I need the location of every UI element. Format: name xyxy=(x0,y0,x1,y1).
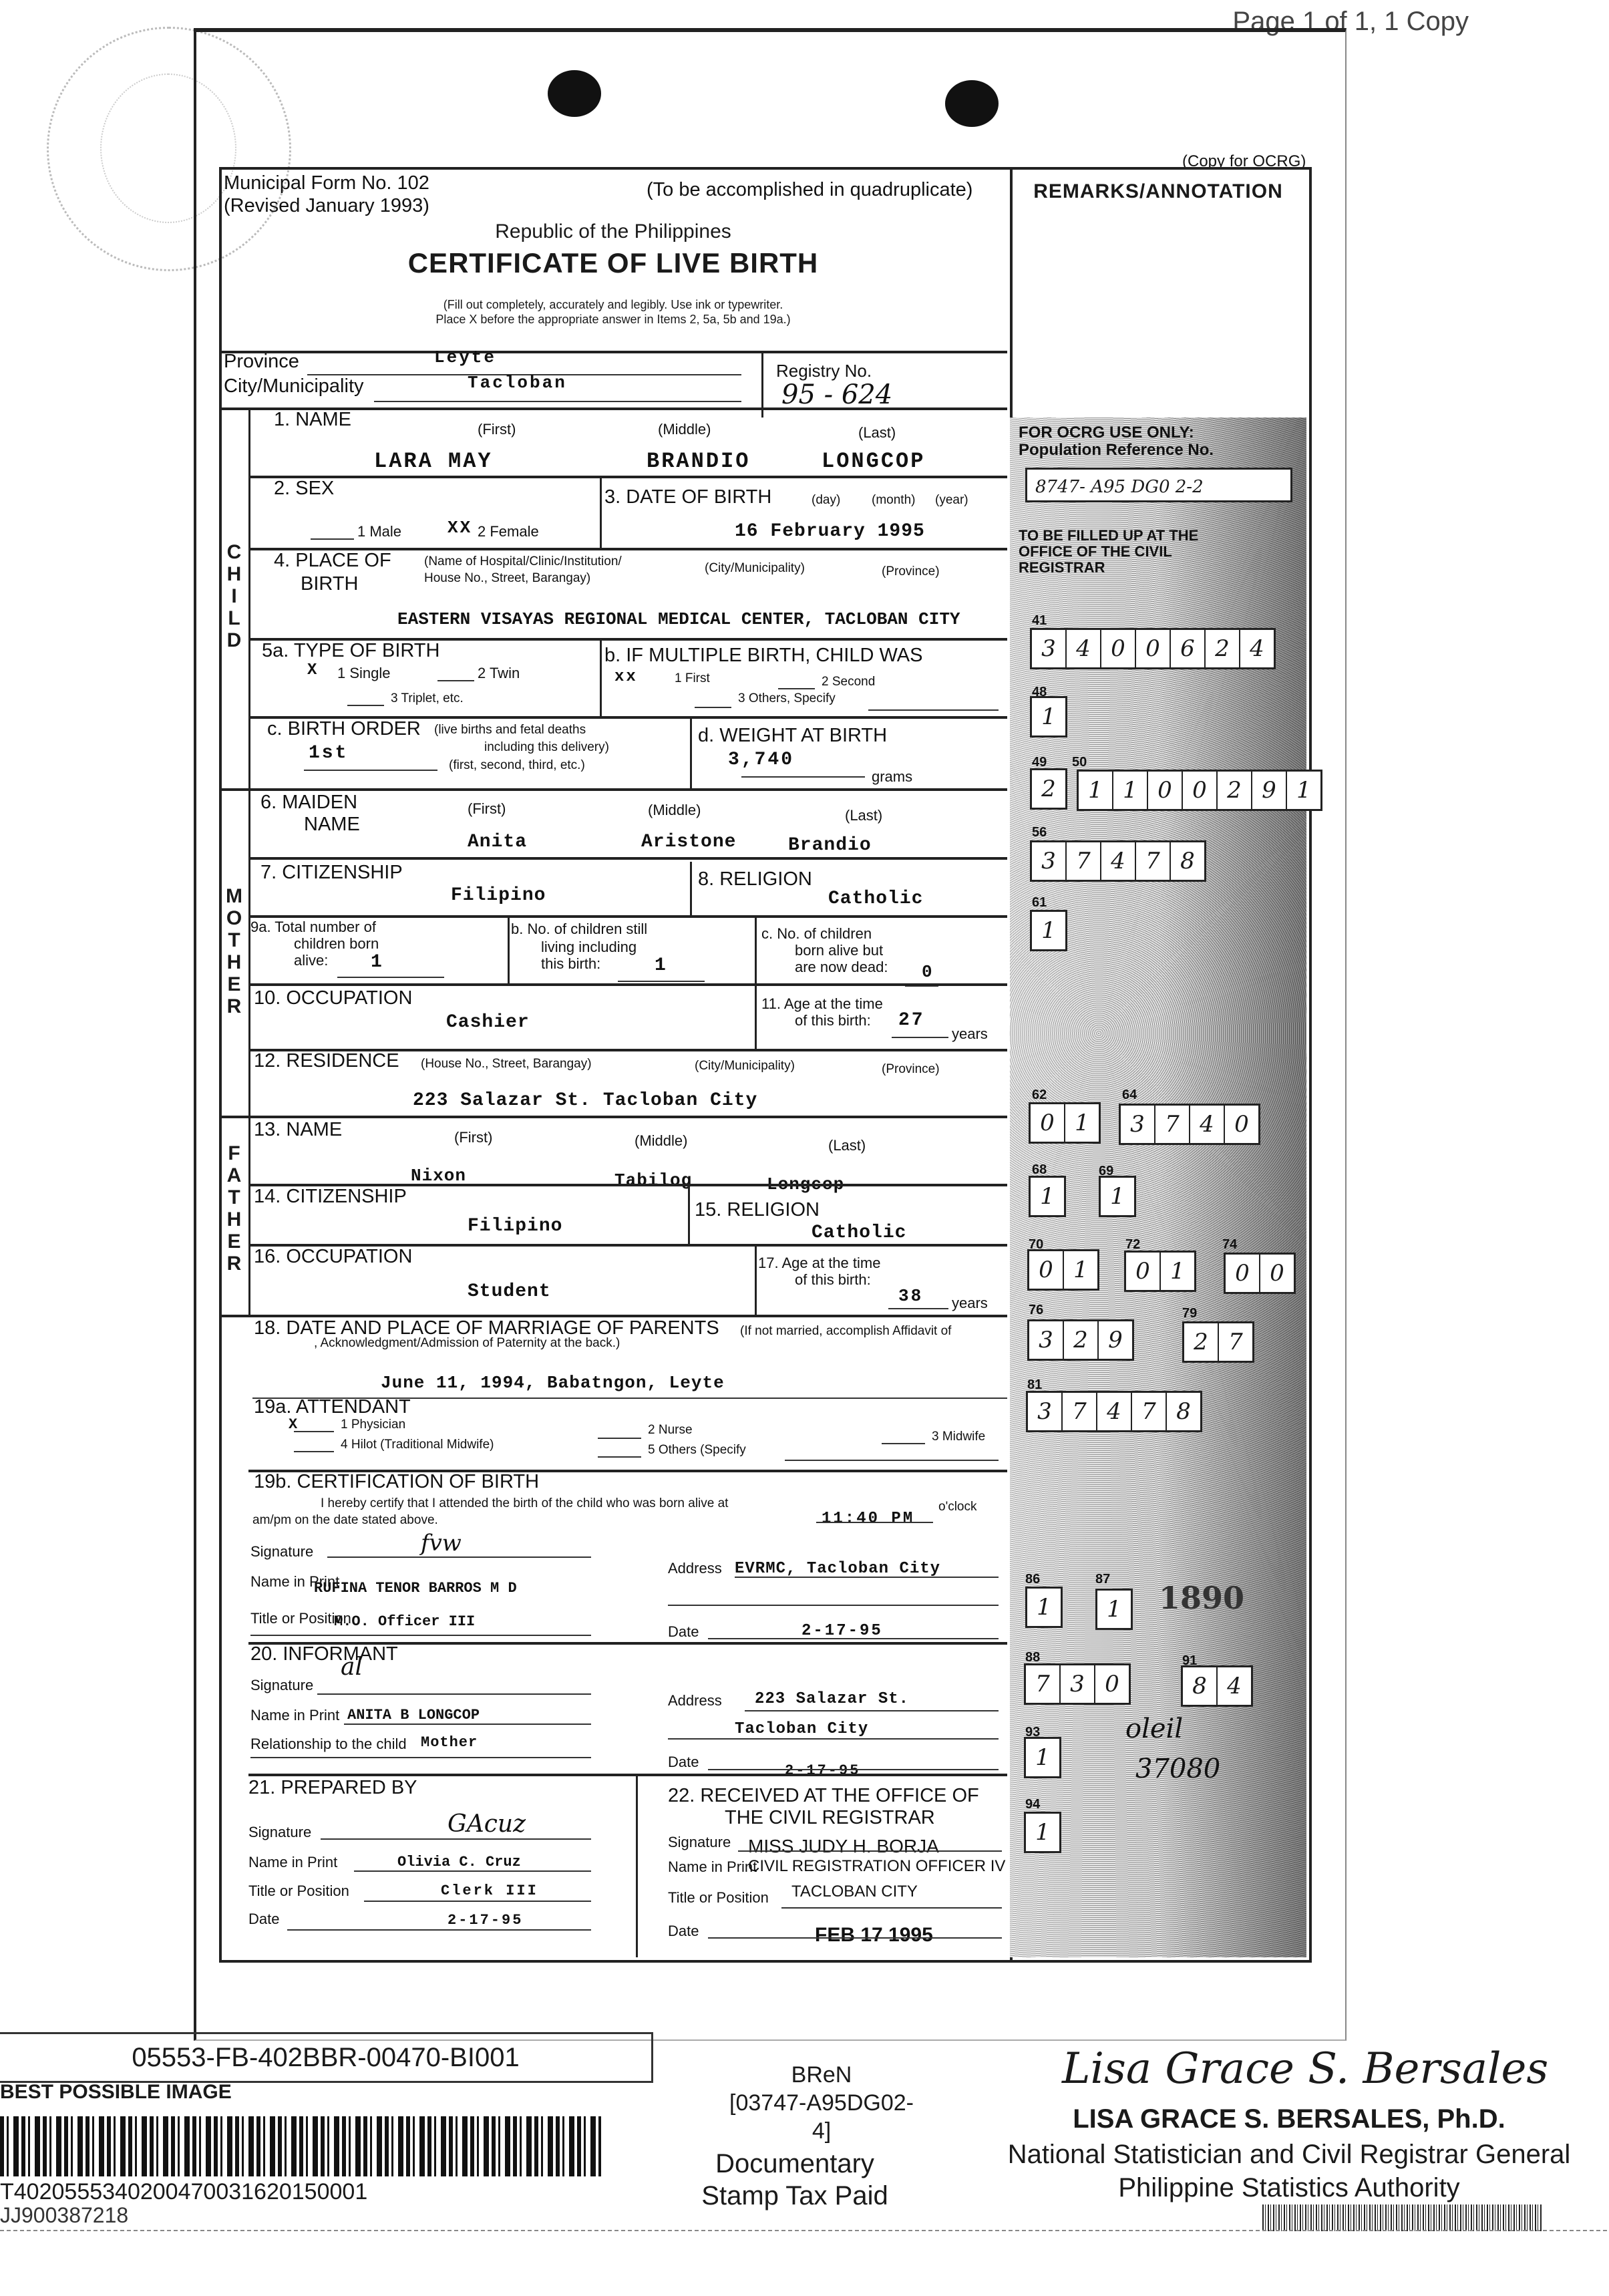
received-date-value[interactable]: FEB 17 1995 xyxy=(815,1924,933,1947)
divider xyxy=(600,476,602,549)
code-box-88[interactable]: 730 xyxy=(1024,1663,1131,1705)
section-label-child: CHILD xyxy=(226,541,246,651)
father-citizenship-label: 14. CITIZENSHIP xyxy=(254,1186,407,1208)
divider xyxy=(248,983,1007,986)
received-title-label: Title or Position xyxy=(668,1889,769,1907)
code-box-49[interactable]: 2 xyxy=(1030,768,1067,810)
birth-type-single: 1 Single xyxy=(337,665,391,682)
section-strip-divider xyxy=(248,407,250,1316)
last-col-label: (Last) xyxy=(858,424,896,442)
section-label-father: FATHER xyxy=(226,1142,246,1275)
attendant-physician-blank[interactable] xyxy=(294,1431,334,1432)
multiple-others-specify[interactable] xyxy=(868,709,999,711)
certification-text-2: am/pm on the date stated above. xyxy=(252,1513,438,1528)
form-revision: (Revised January 1993) xyxy=(224,195,429,217)
code-box-62[interactable]: 01 xyxy=(1029,1102,1101,1144)
father-occupation-label: 16. OCCUPATION xyxy=(254,1246,412,1268)
code-box-79[interactable]: 27 xyxy=(1182,1321,1254,1363)
mother-citizenship[interactable]: Filipino xyxy=(451,885,546,906)
mother-last-name[interactable]: Brandio xyxy=(788,835,872,856)
divider xyxy=(508,915,510,983)
sex-female-mark[interactable]: XX xyxy=(448,518,472,538)
code-box-91[interactable]: 84 xyxy=(1181,1665,1253,1707)
sex-label: 2. SEX xyxy=(274,478,334,500)
punch-hole-icon xyxy=(548,70,601,117)
code-number: 41 xyxy=(1032,613,1047,629)
birth-type-label: 5a. TYPE OF BIRTH xyxy=(262,640,439,662)
total-children-line xyxy=(337,977,444,978)
received-signature-label: Signature xyxy=(668,1834,731,1851)
barcode-number: T4020555340200470031620150001 xyxy=(0,2179,367,2205)
attendant-midwife: 3 Midwife xyxy=(932,1430,985,1444)
prepared-label: 21. PREPARED BY xyxy=(248,1777,417,1799)
handwritten-annotation: 37080 xyxy=(1135,1754,1220,1784)
attendant-hilot: 4 Hilot (Traditional Midwife) xyxy=(341,1438,494,1452)
multiple-second: 2 Second xyxy=(822,675,875,689)
mother-occupation[interactable]: Cashier xyxy=(446,1012,530,1033)
signatory-name: LISA GRACE S. BERSALES, Ph.D. xyxy=(1002,2104,1576,2134)
divider xyxy=(755,915,757,1049)
informant-signature-line xyxy=(317,1693,591,1695)
birth-order-line xyxy=(304,770,437,771)
birth-type-triplet-blank[interactable] xyxy=(347,705,384,706)
punch-hole-icon xyxy=(945,80,999,127)
mother-age-line xyxy=(892,1037,948,1038)
code-box-86[interactable]: 1 xyxy=(1025,1587,1063,1628)
prepared-name-value[interactable]: Olivia C. Cruz xyxy=(397,1854,521,1870)
birth-order-hint-2: including this delivery) xyxy=(484,740,609,755)
multiple-birth-mark[interactable]: xx xyxy=(614,668,638,686)
cert-address-line-2 xyxy=(668,1605,999,1606)
living-children-line xyxy=(618,981,705,982)
marriage-hint-2: , Acknowledgment/Admission of Paternity … xyxy=(314,1336,620,1351)
father-name-label: 13. NAME xyxy=(254,1119,342,1141)
mother-religion[interactable]: Catholic xyxy=(828,888,923,909)
received-signature-line xyxy=(738,1850,1002,1852)
received-date-label: Date xyxy=(668,1923,699,1940)
middle-col-label: (Middle) xyxy=(648,802,701,819)
total-children-label: 9a. Total number of xyxy=(250,919,376,936)
attendant-nurse: 2 Nurse xyxy=(648,1423,693,1438)
attendant-hilot-blank[interactable] xyxy=(294,1451,334,1452)
father-age-line xyxy=(888,1308,948,1309)
divider xyxy=(688,1184,690,1244)
code-number: 87 xyxy=(1095,1572,1110,1587)
mother-religion-label: 8. RELIGION xyxy=(698,868,812,890)
divider xyxy=(690,862,692,915)
stamp-number: 1890 xyxy=(1159,1580,1244,1616)
code-box-56[interactable]: 37478 xyxy=(1030,840,1206,882)
birth-order-hint-3: (first, second, third, etc.) xyxy=(449,758,585,773)
father-age-label-2: of this birth: xyxy=(795,1271,871,1289)
received-title-value[interactable]: TACLOBAN CITY xyxy=(791,1882,918,1901)
mother-age-value[interactable]: 27 xyxy=(898,1010,925,1031)
multiple-birth-label: b. IF MULTIPLE BIRTH, CHILD WAS xyxy=(604,645,922,667)
multiple-others: 3 Others, Specify xyxy=(738,691,836,706)
informant-relationship-label: Relationship to the child xyxy=(250,1736,407,1753)
mother-age-label-2: of this birth: xyxy=(795,1012,871,1029)
certification-text: I hereby certify that I attended the bir… xyxy=(321,1496,728,1511)
code-box-87[interactable]: 1 xyxy=(1095,1589,1133,1630)
sex-male-option: 1 Male xyxy=(357,523,401,540)
divider xyxy=(755,1244,757,1316)
security-barcode-icon xyxy=(1262,2204,1543,2231)
pob-province-hint: (Province) xyxy=(882,564,940,579)
barcode-id: JJ900387218 xyxy=(0,2203,128,2228)
dead-children-label-3: are now dead: xyxy=(795,959,888,976)
residence-value[interactable]: 223 Salazar St. Tacloban City xyxy=(413,1090,757,1111)
marriage-value[interactable]: June 11, 1994, Babatngon, Leyte xyxy=(381,1373,725,1393)
residence-label: 12. RESIDENCE xyxy=(254,1050,399,1072)
document-code: 05553-FB-402BBR-00470-BI001 xyxy=(0,2032,653,2083)
received-signature[interactable]: MISS JUDY H. BORJA xyxy=(748,1836,939,1857)
code-box-74[interactable]: 00 xyxy=(1224,1253,1296,1294)
father-citizenship[interactable]: Filipino xyxy=(468,1216,562,1237)
informant-relationship-line xyxy=(250,1757,591,1758)
marriage-hint: (If not married, accomplish Affidavit of xyxy=(740,1324,951,1339)
informant-address-value[interactable]: 223 Salazar St. xyxy=(755,1690,909,1708)
prepared-signature-line xyxy=(321,1838,591,1840)
best-image-note: BEST POSSIBLE IMAGE xyxy=(0,2081,232,2104)
city-value[interactable]: Tacloban xyxy=(468,373,567,393)
attendant-others-blank[interactable] xyxy=(598,1456,641,1458)
residence-hint: (House No., Street, Barangay) xyxy=(421,1057,592,1072)
prepared-signature[interactable]: GAcuz xyxy=(448,1810,526,1838)
cert-signature[interactable]: fvw xyxy=(421,1530,462,1556)
divider xyxy=(219,351,1007,353)
cert-date-label: Date xyxy=(668,1623,699,1641)
residence-hint-2: (City/Municipality) xyxy=(695,1059,795,1074)
dead-children-value[interactable]: 0 xyxy=(922,962,934,982)
cert-name-value[interactable]: RUFINA TENOR BARROS M D xyxy=(314,1580,517,1597)
divider xyxy=(219,1116,1007,1118)
ocrg-fill-note: TO BE FILLED UP AT THE OFFICE OF THE CIV… xyxy=(1019,528,1198,576)
cert-address-value[interactable]: EVRMC, Tacloban City xyxy=(735,1560,940,1578)
received-label-2: THE CIVIL REGISTRAR xyxy=(725,1807,935,1829)
informant-date-line xyxy=(708,1769,999,1770)
code-box-70[interactable]: 01 xyxy=(1027,1249,1099,1291)
code-number: 64 xyxy=(1122,1088,1137,1103)
cert-signature-line xyxy=(327,1556,591,1558)
attendant-nurse-blank[interactable] xyxy=(598,1438,641,1439)
pob-hint: (Name of Hospital/Clinic/Institution/ xyxy=(424,554,622,569)
signatory-title: National Statistician and Civil Registra… xyxy=(1002,2138,1576,2204)
cert-date-line xyxy=(708,1638,999,1639)
cert-address-label: Address xyxy=(668,1560,722,1577)
informant-address-value-2[interactable]: Tacloban City xyxy=(735,1720,868,1738)
residence-hint-3: (Province) xyxy=(882,1062,940,1077)
attendant-others-specify[interactable] xyxy=(785,1460,999,1461)
sex-male-blank[interactable] xyxy=(311,538,354,540)
informant-name-label: Name in Print xyxy=(250,1707,339,1724)
mother-occupation-label: 10. OCCUPATION xyxy=(254,987,412,1009)
province-value[interactable]: Leyte xyxy=(434,347,496,367)
received-date-line xyxy=(708,1937,1002,1939)
received-title-line xyxy=(781,1907,1002,1909)
prepared-title-value[interactable]: Clerk III xyxy=(441,1882,538,1899)
population-reference-field[interactable]: 8747- A95 DG0 2-2 xyxy=(1025,468,1292,502)
father-occupation[interactable]: Student xyxy=(468,1281,551,1302)
attendant-others: 5 Others (Specify xyxy=(648,1443,746,1458)
code-box-94[interactable]: 1 xyxy=(1024,1812,1061,1853)
divider xyxy=(690,716,692,790)
mother-citizenship-label: 7. CITIZENSHIP xyxy=(260,862,403,884)
dead-children-label: c. No. of children xyxy=(761,925,872,943)
code-number: 76 xyxy=(1029,1303,1043,1318)
father-first-name[interactable]: Nixon xyxy=(411,1166,466,1186)
code-number: 62 xyxy=(1032,1088,1047,1103)
received-label: 22. RECEIVED AT THE OFFICE OF xyxy=(668,1785,979,1807)
code-number: 50 xyxy=(1072,755,1087,770)
attendant-midwife-blank[interactable] xyxy=(882,1443,925,1444)
birth-time-line xyxy=(816,1522,933,1523)
code-box-48[interactable]: 1 xyxy=(1030,696,1067,737)
birth-time-value[interactable]: 11:40 PM xyxy=(822,1510,914,1528)
dob-day-label: (day) xyxy=(812,493,840,508)
prepared-title-line xyxy=(364,1901,591,1902)
cert-signature-label: Signature xyxy=(250,1543,313,1561)
dob-label: 3. DATE OF BIRTH xyxy=(604,486,771,508)
mother-first-name[interactable]: Anita xyxy=(468,832,527,852)
registry-label: Registry No. xyxy=(776,361,872,381)
living-children-label-3: this birth: xyxy=(541,955,600,973)
multiple-first: 1 First xyxy=(675,671,710,686)
father-middle-name[interactable]: Tabilog xyxy=(614,1170,692,1190)
code-number: 86 xyxy=(1025,1572,1040,1587)
code-box-72[interactable]: 01 xyxy=(1124,1251,1196,1292)
province-label: Province xyxy=(224,351,299,373)
prepared-date-label: Date xyxy=(248,1911,279,1928)
instructions: (Fill out completely, accurately and leg… xyxy=(219,297,1007,327)
living-children-label-2: living including xyxy=(541,939,637,956)
code-number: 61 xyxy=(1032,895,1047,911)
pob-value[interactable]: EASTERN VISAYAS REGIONAL MEDICAL CENTER,… xyxy=(397,609,960,629)
code-box-64[interactable]: 3740 xyxy=(1119,1104,1260,1145)
code-box-69[interactable]: 1 xyxy=(1099,1176,1136,1217)
informant-address-line-2 xyxy=(668,1738,999,1740)
prepared-date-line xyxy=(287,1929,591,1931)
father-age-label: 17. Age at the time xyxy=(758,1255,880,1272)
city-label: City/Municipality xyxy=(224,375,364,397)
first-col-label: (First) xyxy=(478,421,516,438)
weight-line xyxy=(741,776,865,778)
informant-signature[interactable]: al xyxy=(341,1653,363,1681)
informant-name-value[interactable]: ANITA B LONGCOP xyxy=(347,1707,480,1724)
quadruplicate-note: (To be accomplished in quadruplicate) xyxy=(647,179,972,201)
divider xyxy=(248,915,1007,918)
birth-type-twin: 2 Twin xyxy=(478,665,520,682)
father-religion[interactable]: Catholic xyxy=(812,1222,906,1243)
dob-year-label: (year) xyxy=(935,493,968,508)
code-box-61[interactable]: 1 xyxy=(1030,910,1067,951)
cert-date-value[interactable]: 2-17-95 xyxy=(801,1622,883,1640)
birth-order-label: c. BIRTH ORDER xyxy=(267,718,421,740)
divider xyxy=(636,1774,638,1957)
divider xyxy=(219,788,1007,791)
attendant-label: 19a. ATTENDANT xyxy=(254,1396,411,1418)
birth-order-value[interactable]: 1st xyxy=(309,743,348,764)
pob-label: 4. PLACE OF xyxy=(274,550,391,572)
stamp-tax-note: Documentary Stamp Tax Paid xyxy=(681,2148,908,2212)
registry-value[interactable]: 95 - 624 xyxy=(781,379,892,410)
registrar-signature: Lisa Grace S. Bersales xyxy=(1062,2044,1548,2094)
last-col-label: (Last) xyxy=(845,807,882,824)
living-children-value[interactable]: 1 xyxy=(655,955,668,976)
dashed-divider xyxy=(0,2230,1609,2231)
informant-address-label: Address xyxy=(668,1692,722,1709)
informant-address-line xyxy=(745,1710,999,1711)
republic-label: Republic of the Philippines xyxy=(219,220,1007,243)
child-last-name[interactable]: LONGCOP xyxy=(822,449,925,474)
dead-children-label-2: born alive but xyxy=(795,942,883,959)
pob-hint-2: House No., Street, Barangay) xyxy=(424,571,590,586)
middle-col-label: (Middle) xyxy=(658,421,711,438)
total-children-label-3: alive: xyxy=(294,952,328,969)
first-col-label: (First) xyxy=(468,800,506,818)
sex-female-option: 2 Female xyxy=(478,523,539,540)
attendant-physician: 1 Physician xyxy=(341,1418,405,1432)
multiple-second-blank[interactable] xyxy=(778,688,815,689)
code-box-50[interactable]: 1100291 xyxy=(1077,770,1322,811)
weight-value[interactable]: 3,740 xyxy=(728,750,794,770)
prepared-name-label: Name in Print xyxy=(248,1854,337,1871)
pob-city-hint: (City/Municipality) xyxy=(705,561,805,576)
mother-age-label: 11. Age at the time xyxy=(761,995,883,1013)
birth-type-triplet: 3 Triplet, etc. xyxy=(391,691,464,706)
first-col-label: (First) xyxy=(454,1129,492,1146)
received-name-value[interactable]: CIVIL REGISTRATION OFFICER IV xyxy=(748,1857,1005,1876)
informant-name-line xyxy=(344,1724,591,1725)
total-children-value[interactable]: 1 xyxy=(371,952,384,973)
informant-date-value[interactable]: 2-17-95 xyxy=(785,1762,860,1779)
maiden-name-label: 6. MAIDEN xyxy=(260,792,357,814)
code-box-68[interactable]: 1 xyxy=(1029,1176,1066,1217)
barcode-icon xyxy=(0,2116,601,2176)
divider xyxy=(600,638,602,717)
code-box-81[interactable]: 37478 xyxy=(1026,1391,1202,1432)
prepared-signature-label: Signature xyxy=(248,1824,311,1841)
child-first-name[interactable]: LARA MAY xyxy=(374,449,493,474)
section-label-mother: MOTHER xyxy=(226,885,246,1017)
weight-label: d. WEIGHT AT BIRTH xyxy=(698,725,887,747)
certification-label: 19b. CERTIFICATION OF BIRTH xyxy=(254,1471,539,1493)
informant-label: 20. INFORMANT xyxy=(250,1643,398,1665)
pob-label-2: BIRTH xyxy=(301,573,358,595)
total-children-label-2: children born xyxy=(294,935,379,953)
cert-title-line xyxy=(250,1635,591,1636)
code-number: 74 xyxy=(1222,1237,1237,1253)
ocrg-use-only-heading: FOR OCRG USE ONLY: Population Reference … xyxy=(1019,424,1214,459)
received-name-label: Name in Print xyxy=(668,1858,757,1876)
dob-value[interactable]: 16 February 1995 xyxy=(735,521,925,542)
father-age-unit: years xyxy=(952,1295,988,1312)
bren-block: BReN [03747-A95DG02-4] xyxy=(721,2061,922,2145)
oclock-label: o'clock xyxy=(938,1500,976,1514)
multiple-others-blank[interactable] xyxy=(695,707,731,708)
page-title: CERTIFICATE OF LIVE BIRTH xyxy=(219,247,1007,279)
last-col-label: (Last) xyxy=(828,1137,866,1154)
birth-type-twin-blank[interactable] xyxy=(437,680,474,681)
father-age-value[interactable]: 38 xyxy=(898,1286,923,1306)
weight-unit: grams xyxy=(872,768,912,786)
code-box-93[interactable]: 1 xyxy=(1024,1737,1061,1778)
divider xyxy=(248,476,1007,478)
informant-date-label: Date xyxy=(668,1754,699,1771)
remarks-title: REMARKS/ANNOTATION xyxy=(1007,180,1309,203)
code-number: 56 xyxy=(1032,825,1047,840)
mother-age-unit: years xyxy=(952,1025,988,1043)
living-children-label: b. No. of children still xyxy=(511,921,647,938)
father-religion-label: 15. RELIGION xyxy=(695,1199,820,1221)
divider xyxy=(248,1774,1007,1776)
informant-signature-label: Signature xyxy=(250,1677,313,1694)
handwritten-annotation: oleil xyxy=(1125,1713,1183,1744)
prepared-name-line xyxy=(354,1870,591,1872)
code-box-41[interactable]: 3400624 xyxy=(1030,628,1276,669)
child-name-label: 1. NAME xyxy=(274,409,351,431)
cert-title-value[interactable]: M.O. Officer III xyxy=(334,1613,475,1630)
code-number: 79 xyxy=(1182,1306,1197,1321)
city-line xyxy=(374,401,741,402)
divider xyxy=(248,857,1007,860)
code-number: 94 xyxy=(1025,1797,1040,1812)
dob-month-label: (month) xyxy=(872,493,915,508)
code-box-76[interactable]: 329 xyxy=(1027,1319,1134,1361)
informant-relationship-value[interactable]: Mother xyxy=(421,1734,478,1751)
birth-order-hint: (live births and fetal deaths xyxy=(434,723,586,737)
birth-type-mark[interactable]: X xyxy=(307,661,319,679)
mother-middle-name[interactable]: Aristone xyxy=(641,832,736,852)
cert-address-line xyxy=(735,1577,999,1578)
middle-col-label: (Middle) xyxy=(635,1132,687,1150)
maiden-name-label-2: NAME xyxy=(304,814,360,836)
child-middle-name[interactable]: BRANDIO xyxy=(647,449,750,474)
prepared-date-value[interactable]: 2-17-95 xyxy=(448,1912,523,1929)
form-number: Municipal Form No. 102 xyxy=(224,172,429,194)
prepared-title-label: Title or Position xyxy=(248,1882,349,1900)
